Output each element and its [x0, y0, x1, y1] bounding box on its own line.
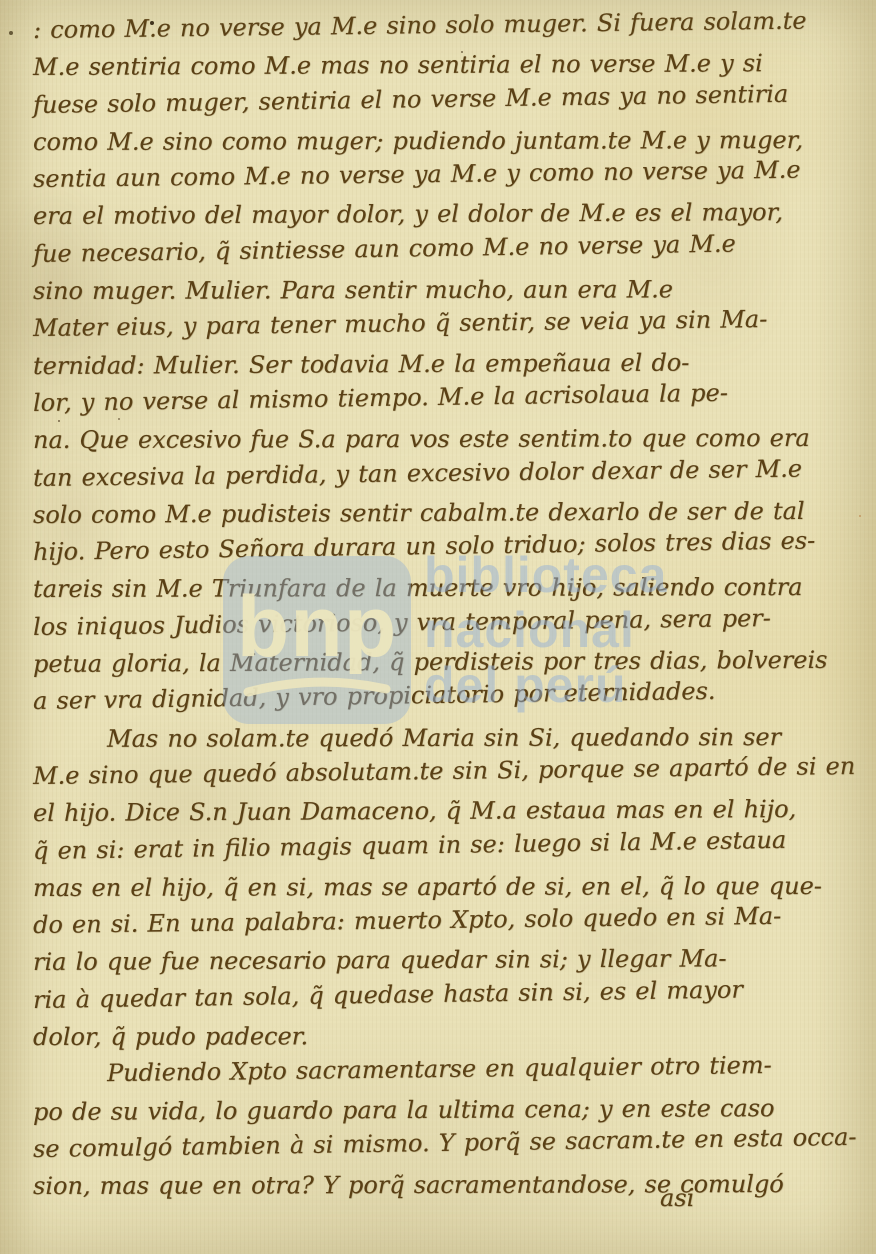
- page-vignette: [0, 0, 876, 1254]
- manuscript-page: : como M.e no verse ya M.e sino solo mug…: [0, 0, 876, 1254]
